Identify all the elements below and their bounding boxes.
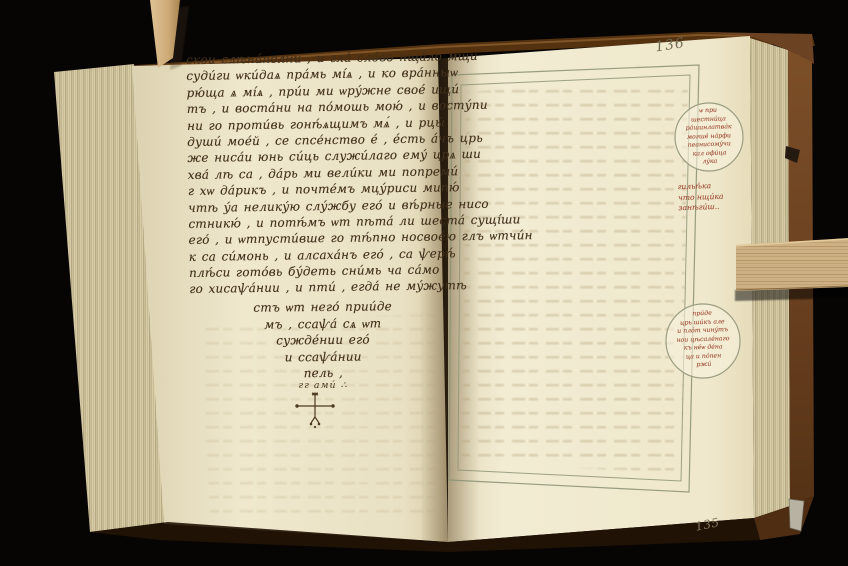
marginal-seal-bottom: при́децрь ши́къ алеи пло́т чину́тънои цѣ… [669,304,737,376]
wooden-pointer-stick [736,238,848,291]
tailpiece-cross-icon [291,390,339,430]
bleed-through-right [462,80,688,472]
seal-text-line: лу́ка [678,157,742,168]
manuscript-text-block: скои слѣна́полни , и гла́ сло́во пща́ло … [186,48,463,298]
seal-text-line: ржи́ [671,360,737,371]
manuscript-taper-block: стъ ѡт него́ прии́демъ , ссаѱа́ сѧ ѡтсуж… [186,298,461,384]
manuscript-photo: скои слѣна́полни , и гла́ сло́во пща́ло … [0,0,848,566]
clasp-remnant [789,499,804,531]
marginal-seal-top: ѡ пришестни́цара́шинлатва́кмогше́ на́рфи… [676,103,742,171]
margin-note: гильѣ́качто нщи́казанѣги́ш.. [677,180,752,214]
